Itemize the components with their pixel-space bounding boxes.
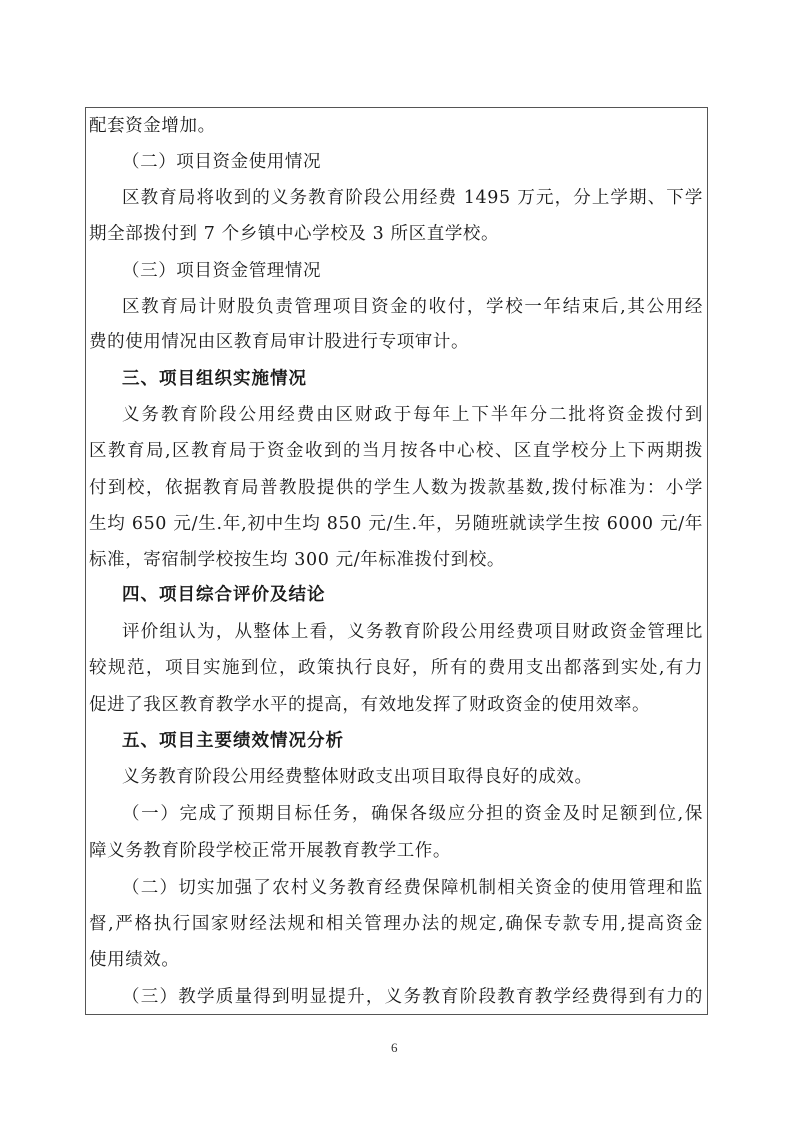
section-heading-5: 五、项目主要绩效情况分析 (122, 729, 344, 753)
paragraph-line: （三）教学质量得到明显提升，义务教育阶段教育教学经费得到有力的 (122, 985, 703, 1009)
paragraph-line: 费的使用情况由区教育局审计股进行专项审计。 (89, 330, 469, 354)
content-frame: 配套资金增加。 （二）项目资金使用情况 区教育局将收到的义务教育阶段公用经费 1… (85, 107, 708, 1015)
paragraph-line: 区教育局,区教育局于资金收到的当月按各中心校、区直学校分上下两期拨 (89, 439, 703, 463)
section-heading-3: 三、项目组织实施情况 (122, 367, 307, 391)
paragraph-line: （一）完成了预期目标任务，确保各级应分担的资金及时足额到位,保 (122, 802, 703, 826)
subheading-fund-usage: （二）项目资金使用情况 (122, 150, 321, 174)
paragraph-line: 义务教育阶段公用经费由区财政于每年上下半年分二批将资金拨付到 (122, 403, 703, 427)
paragraph-line: 义务教育阶段公用经费整体财政支出项目取得良好的成效。 (122, 765, 593, 789)
paragraph-line: 区教育局计财股负责管理项目资金的收付，学校一年结束后,其公用经 (122, 295, 703, 319)
paragraph-line: 评价组认为，从整体上看，义务教育阶段公用经费项目财政资金管理比 (122, 620, 703, 644)
paragraph-line: （二）切实加强了农村义务教育经费保障机制相关资金的使用管理和监 (122, 876, 703, 900)
paragraph-line: 标准，寄宿制学校按生均 300 元/年标准拨付到校。 (89, 548, 505, 572)
paragraph-line: 障义务教育阶段学校正常开展教育教学工作。 (89, 839, 451, 863)
paragraph-line: 使用绩效。 (89, 948, 180, 972)
paragraph-line: 生均 650 元/生.年,初中生均 850 元/生.年，另随班就读学生按 600… (89, 512, 703, 536)
page-number: 6 (391, 1040, 398, 1056)
paragraph-line: 期全部拨付到 7 个乡镇中心学校及 3 所区直学校。 (89, 222, 499, 246)
section-heading-4: 四、项目综合评价及结论 (122, 583, 326, 607)
paragraph-line: 付到校，依据教育局普教股提供的学生人数为拨款基数,拨付标准为：小学 (89, 476, 703, 500)
subheading-fund-management: （三）项目资金管理情况 (122, 259, 321, 283)
paragraph-line: 区教育局将收到的义务教育阶段公用经费 1495 万元，分上学期、下学 (122, 186, 703, 210)
paragraph-line: 较规范，项目实施到位，政策执行良好，所有的费用支出都落到实处,有力 (89, 656, 703, 680)
paragraph-line: 配套资金增加。 (89, 114, 216, 138)
paragraph-line: 促进了我区教育教学水平的提高，有效地发挥了财政资金的使用效率。 (89, 693, 650, 717)
paragraph-line: 督,严格执行国家财经法规和相关管理办法的规定,确保专款专用,提高资金 (89, 912, 703, 936)
